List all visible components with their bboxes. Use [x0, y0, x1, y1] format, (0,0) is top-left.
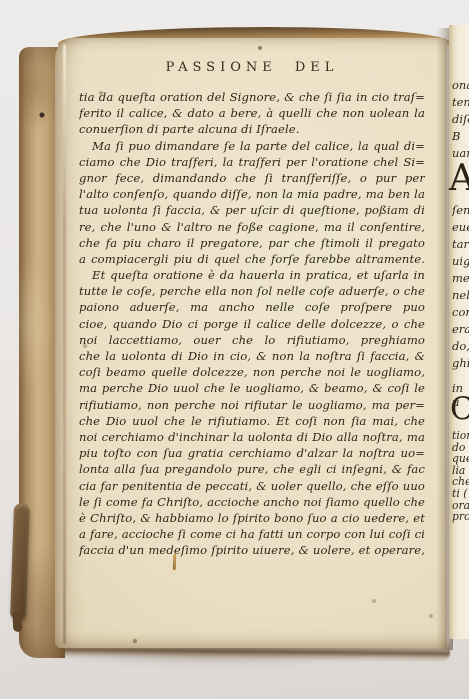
- text-line: Et queſta oratione è da hauerla in prati…: [79, 267, 425, 283]
- facing-page-sliver: onatendiſcBuar A ſenteuertarluigamecnell…: [449, 25, 469, 639]
- binding-tie-tip: [13, 612, 23, 632]
- text-fragment: diſc: [452, 111, 469, 128]
- text-line: l'alto conſenſo, quando diſſe, non la mi…: [79, 186, 425, 202]
- text-line: ferito il calice, & dato a bere, à quell…: [79, 105, 425, 121]
- text-fragment: ona: [452, 77, 469, 94]
- text-fragment: con: [452, 304, 469, 321]
- text-line: tua uolonta ſi faccia, & per uſcir di qu…: [79, 202, 425, 218]
- text-fragment: uiga: [452, 253, 469, 270]
- text-line: piu toſto con ſua gratia cerchiamo d'alz…: [79, 445, 425, 461]
- text-line: Ma ſi puo dimandare ſe la parte del cali…: [79, 138, 425, 154]
- body-text-block: tia da queſta oration del Signore, & che…: [79, 89, 425, 558]
- drop-cap-c: C: [450, 394, 469, 425]
- stain-mark: [173, 554, 177, 570]
- text-fragment: tarl: [452, 236, 469, 253]
- facing-text-fragments-lower: tiondo iqueliacheti (orapro: [452, 430, 469, 523]
- text-line: gnor fece, dimandando che ſi tranſferiſſ…: [79, 170, 425, 186]
- text-line: rifiutiamo, non perche noi rifiutar le u…: [79, 397, 425, 413]
- text-fragment: nell: [452, 287, 469, 304]
- book-photograph: PASSIONE DEL tia da queſta oration del S…: [0, 0, 469, 699]
- text-fragment: B: [452, 128, 469, 145]
- text-line: che la uolonta di Dio in cio, & non la n…: [79, 348, 425, 364]
- foxing-specks: [0, 0, 2, 2]
- text-line: lonta alla ſua pregandolo pure, che egli…: [79, 461, 425, 477]
- text-fragment: euer: [452, 219, 469, 236]
- text-line: coſi beamo quelle dolcezze, non perche n…: [79, 364, 425, 380]
- text-line: ma perche Dio uuol che le uogliamo, & be…: [79, 380, 425, 396]
- text-line: noi cerchiamo d'inchinar la uolonta di D…: [79, 429, 425, 445]
- text-line: cioe, quando Dio ci porge il calice dell…: [79, 316, 425, 332]
- left-page: PASSIONE DEL tia da queſta oration del S…: [55, 38, 447, 648]
- running-header: PASSIONE DEL: [79, 60, 425, 75]
- text-fragment: ti (: [452, 488, 469, 500]
- text-line: conuerſion di parte alcuna di Iſraele.: [79, 121, 425, 137]
- text-fragment: tion: [452, 430, 469, 442]
- text-line: cia far penitentia de peccati, & uoler q…: [79, 478, 425, 494]
- text-line: è Chriſto, & habbiamo lo ſpirito bono ſu…: [79, 510, 425, 526]
- text-fragment: ten: [452, 94, 469, 111]
- text-line: ciamo che Dio traſferi, la traſferi per …: [79, 154, 425, 170]
- text-fragment: pro: [452, 511, 469, 523]
- text-line: faccia d'un medeſimo ſpirito uiuere, & u…: [79, 542, 425, 558]
- text-line: le ſi come fa Chriſto, accioche ancho no…: [79, 494, 425, 510]
- text-line: tutte le coſe, perche ella non ſol nelle…: [79, 283, 425, 299]
- text-fragment: era: [452, 321, 469, 338]
- text-line: che Dio uuol che le rifiutiamo. Et coſi …: [79, 413, 425, 429]
- facing-text-fragments-upper: onatendiſcBuar: [452, 77, 469, 162]
- text-line: tia da queſta oration del Signore, & che…: [79, 89, 425, 105]
- text-fragment: do,: [452, 338, 469, 355]
- text-fragment: mec: [452, 270, 469, 287]
- text-line: a fare, accioche ſi come ci ha fatti un …: [79, 526, 425, 542]
- text-line: che fa piu charo il pregatore, par che ſ…: [79, 235, 425, 251]
- text-fragment: ſent: [452, 202, 469, 219]
- gutter-crease-line: [63, 44, 66, 644]
- facing-text-fragments-mid: ſenteuertarluigamecnellconerado,ghi: [452, 202, 469, 372]
- drop-cap-a: A: [449, 161, 469, 197]
- text-fragment: ghi: [452, 355, 469, 372]
- text-line: paiono aduerſe, ma ancho nelle coſe proſ…: [79, 299, 425, 315]
- text-line: re, che l'uno & l'altro ne foße cagione,…: [79, 219, 425, 235]
- text-line: a compiacergli piu di quel che forſe far…: [79, 251, 425, 267]
- text-line: noi laccettiamo, ouer che lo rifiutiamo,…: [79, 332, 425, 348]
